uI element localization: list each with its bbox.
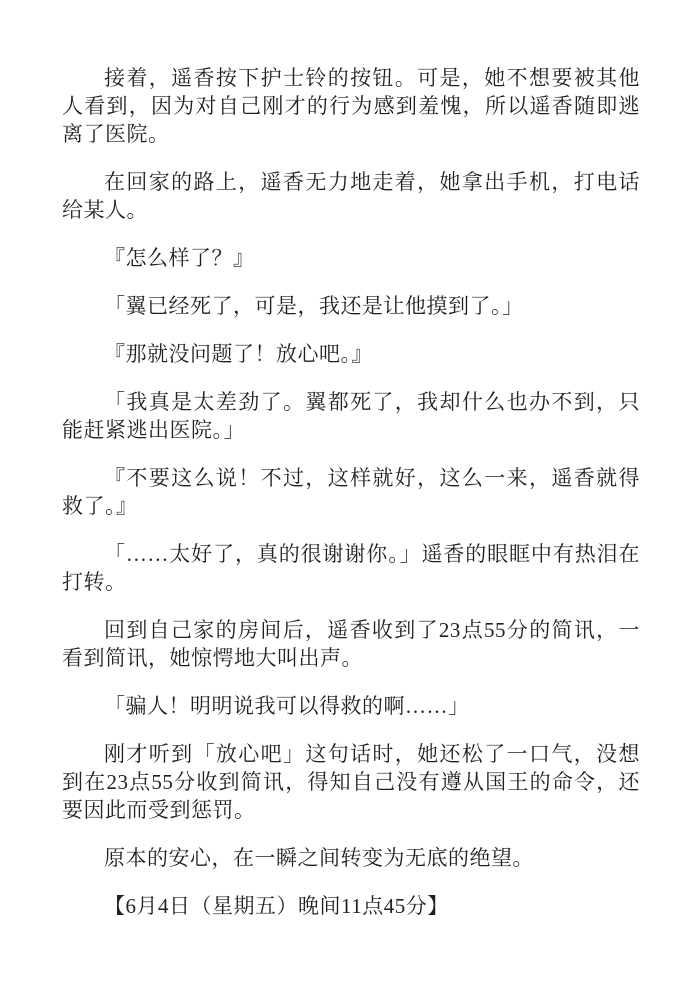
paragraph: 「我真是太差劲了。翼都死了，我却什么也办不到，只能赶紧逃出医院。」	[62, 388, 640, 444]
document-page: 接着，遥香按下护士铃的按钮。可是，她不想要被其他人看到，因为对自己刚才的行为感到…	[0, 0, 700, 992]
paragraph: 回到自己家的房间后，遥香收到了23点55分的简讯，一看到简讯，她惊愕地大叫出声。	[62, 616, 640, 672]
paragraph: 原本的安心，在一瞬之间转变为无底的绝望。	[62, 844, 640, 872]
paragraph: 『怎么样了？』	[62, 244, 640, 272]
paragraph: 「……太好了，真的很谢谢你。」遥香的眼眶中有热泪在打转。	[62, 540, 640, 596]
paragraph: 「骗人！明明说我可以得救的啊……」	[62, 692, 640, 720]
paragraph: 『那就没问题了！放心吧。』	[62, 340, 640, 368]
paragraph: 『不要这么说！不过，这样就好，这么一来，遥香就得救了。』	[62, 464, 640, 520]
text-content: 接着，遥香按下护士铃的按钮。可是，她不想要被其他人看到，因为对自己刚才的行为感到…	[62, 64, 640, 920]
paragraph: 「翼已经死了，可是，我还是让他摸到了。」	[62, 292, 640, 320]
paragraph: 接着，遥香按下护士铃的按钮。可是，她不想要被其他人看到，因为对自己刚才的行为感到…	[62, 64, 640, 148]
paragraph: 刚才听到「放心吧」这句话时，她还松了一口气，没想到在23点55分收到简讯，得知自…	[62, 740, 640, 824]
paragraph: 【6月4日（星期五）晚间11点45分】	[62, 892, 640, 920]
paragraph: 在回家的路上，遥香无力地走着，她拿出手机，打电话给某人。	[62, 168, 640, 224]
